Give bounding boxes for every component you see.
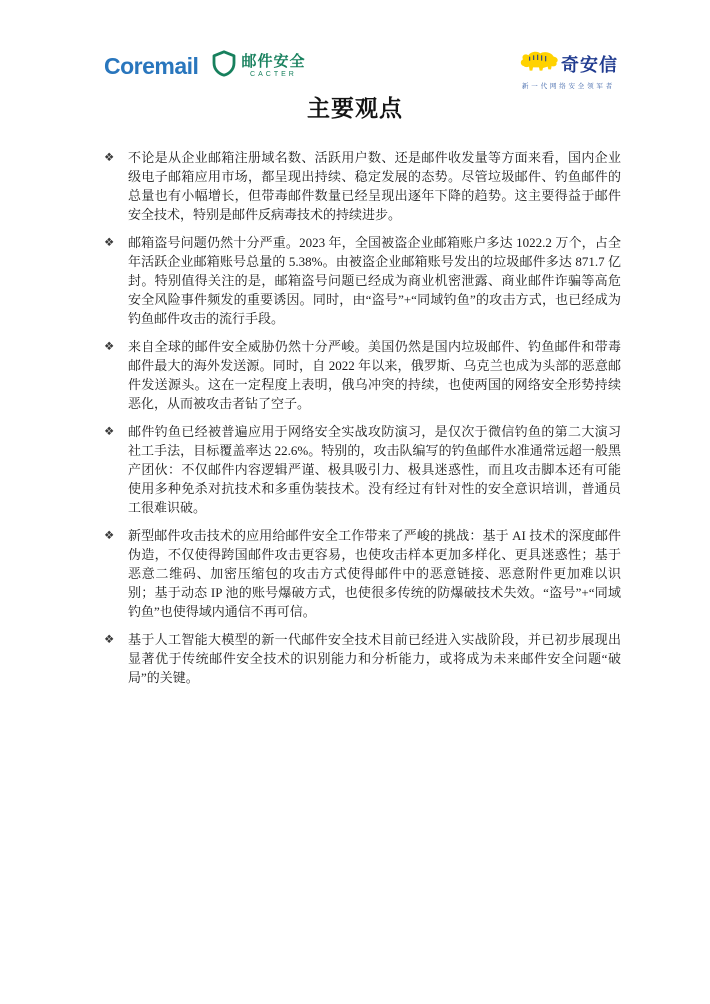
bullet-item: ❖ 不论是从企业邮箱注册域名数、活跃用户数、还是邮件收发量等方面来看，国内企业级… [104,148,621,224]
bullet-text: 基于人工智能大模型的新一代邮件安全技术目前已经进入实战阶段，并已初步展现出显著优… [128,630,621,687]
bullet-list: ❖ 不论是从企业邮箱注册域名数、活跃用户数、还是邮件收发量等方面来看，国内企业级… [104,148,621,696]
page-header: Coremail 邮件安全 CACTER [104,50,618,90]
cacter-logo: 邮件安全 CACTER [212,50,305,82]
cacter-logo-text: 邮件安全 CACTER [241,54,305,78]
bullet-text: 不论是从企业邮箱注册域名数、活跃用户数、还是邮件收发量等方面来看，国内企业级电子… [128,148,621,224]
bullet-text: 来自全球的邮件安全威胁仍然十分严峻。美国仍然是国内垃圾邮件、钓鱼邮件和带毒邮件最… [128,337,621,413]
tiger-icon [519,50,559,77]
report-page: Coremail 邮件安全 CACTER [0,0,710,1004]
bullet-item: ❖ 邮件钓鱼已经被普遍应用于网络安全实战攻防演习，是仅次于微信钓鱼的第二大演习社… [104,422,621,517]
qianxin-name: 奇安信 [561,51,618,77]
coremail-logo: Coremail [104,53,198,79]
bullet-item: ❖ 来自全球的邮件安全威胁仍然十分严峻。美国仍然是国内垃圾邮件、钓鱼邮件和带毒邮… [104,337,621,413]
diamond-bullet-icon: ❖ [104,233,128,252]
qianxin-tagline: 新一代网络安全领军者 [522,81,615,90]
shield-icon [212,50,236,82]
diamond-bullet-icon: ❖ [104,422,128,441]
diamond-bullet-icon: ❖ [104,337,128,356]
diamond-bullet-icon: ❖ [104,526,128,545]
qianxin-logo-top: 奇安信 [519,50,618,77]
bullet-item: ❖ 基于人工智能大模型的新一代邮件安全技术目前已经进入实战阶段，并已初步展现出显… [104,630,621,687]
bullet-item: ❖ 邮箱盗号问题仍然十分严重。2023 年，全国被盗企业邮箱账户多达 1022.… [104,233,621,328]
qianxin-logo: 奇安信 新一代网络安全领军者 [519,50,618,90]
bullet-text: 新型邮件攻击技术的应用给邮件安全工作带来了严峻的挑战：基于 AI 技术的深度邮件… [128,526,621,621]
diamond-bullet-icon: ❖ [104,630,128,649]
page-title: 主要观点 [0,90,710,123]
cacter-title: 邮件安全 [241,54,305,69]
bullet-item: ❖ 新型邮件攻击技术的应用给邮件安全工作带来了严峻的挑战：基于 AI 技术的深度… [104,526,621,621]
bullet-text: 邮箱盗号问题仍然十分严重。2023 年，全国被盗企业邮箱账户多达 1022.2 … [128,233,621,328]
diamond-bullet-icon: ❖ [104,148,128,167]
bullet-text: 邮件钓鱼已经被普遍应用于网络安全实战攻防演习，是仅次于微信钓鱼的第二大演习社工手… [128,422,621,517]
cacter-subtitle: CACTER [250,71,297,78]
left-logo-group: Coremail 邮件安全 CACTER [104,50,305,82]
